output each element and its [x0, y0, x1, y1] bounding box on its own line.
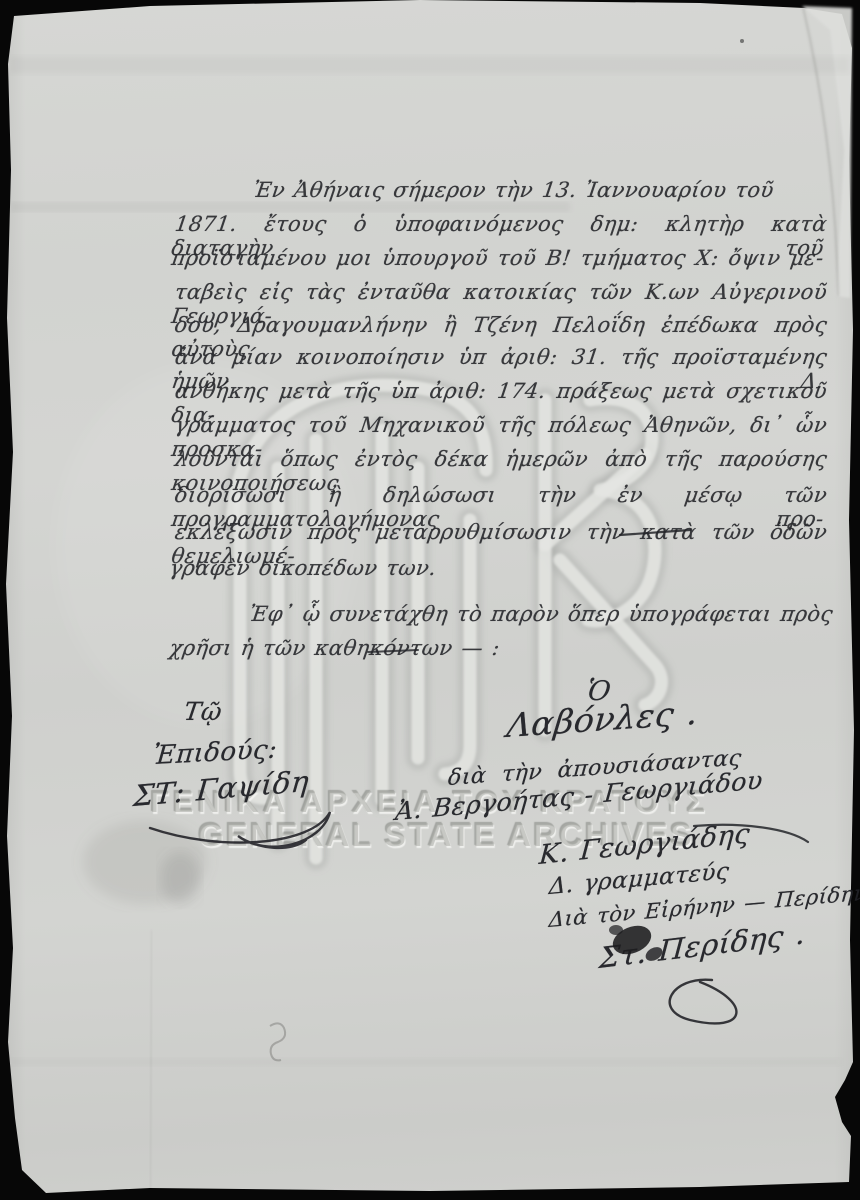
handwriting-line: προϊσταμένου μοι ὑπουργοῦ τοῦ Β! τμήματο… — [170, 246, 825, 270]
handwriting-line: Ἐφ᾽ ᾧ συνετάχθη τὸ παρὸν ὅπερ ὑπογράφετα… — [248, 602, 835, 626]
addressee-word: Τῷ — [182, 698, 224, 727]
handwriting-line: Ἐν Ἀθήναις σήμερον τὴν 13. Ἰαννουαρίου τ… — [252, 178, 775, 202]
handwriting-line: γραφὲν οἰκοπέδων των. — [168, 556, 438, 580]
handwriting-line: χρῆσι ἡ τῶν καθηκόντων — : — [168, 636, 501, 660]
scanned-document-page: ΓΕΝΙΚΑ ΑΡΧΕΙΑ ΤΟΥ ΚΡΑΤΟΥΣ GENERAL STATE … — [0, 0, 860, 1200]
